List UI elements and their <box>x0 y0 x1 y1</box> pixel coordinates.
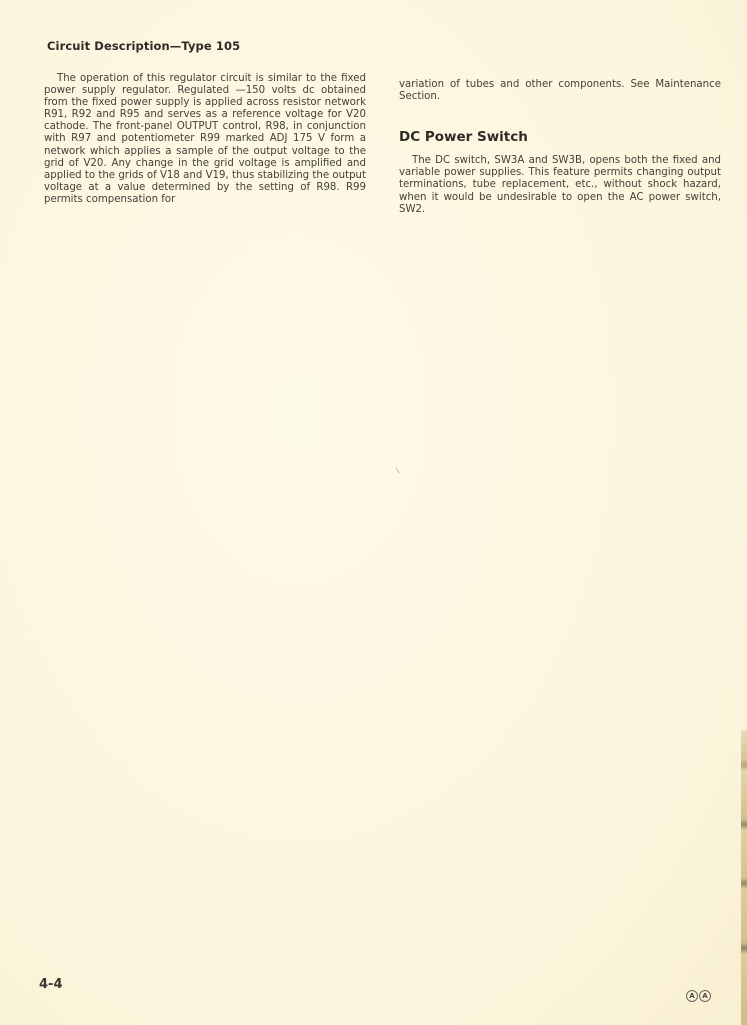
continuation-paragraph: variation of tubes and other components.… <box>399 79 721 103</box>
body-paragraph: The DC switch, SW3A and SW3B, opens both… <box>399 155 721 215</box>
logo-circle-a-icon: A <box>699 990 711 1002</box>
section-heading: DC Power Switch <box>399 131 721 143</box>
body-paragraph: The operation of this regulator circuit … <box>44 73 366 206</box>
logo-circle-a-icon: A <box>686 990 698 1002</box>
index-tabs-edge <box>741 730 747 1025</box>
page-number: 4-4 <box>39 977 63 992</box>
left-column: The operation of this regulator circuit … <box>44 73 366 206</box>
running-head: Circuit Description—Type 105 <box>47 39 240 53</box>
publisher-logo: A A <box>686 990 711 1002</box>
right-column: variation of tubes and other components.… <box>399 79 721 216</box>
